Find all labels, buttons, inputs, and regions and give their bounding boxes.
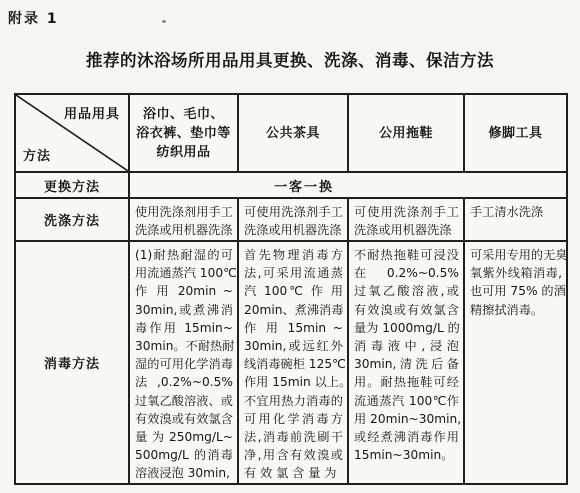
text-line: 净,用含有效溴或 xyxy=(244,446,343,464)
text-line: 可用化学消毒方 xyxy=(244,410,343,428)
text-line: 作 用 20min ~ xyxy=(135,282,233,300)
text-line: 可使用洗涤剂手工 xyxy=(354,203,459,221)
text-line: 消毒液中,浸泡 xyxy=(354,337,459,355)
text-line: 精擦拭消毒。 xyxy=(470,301,562,319)
text-line: 洗涤或用机器洗涤 xyxy=(135,221,233,239)
text-line: 洗涤或用机器洗涤 xyxy=(244,221,343,239)
text-line: 也可用 75% 的酒 xyxy=(470,282,562,300)
cell-disinfect-teaware: 首先物理消毒方法,可采用流通蒸汽 100℃ 作 用20min、煮沸消毒作 用 1… xyxy=(239,242,349,485)
text-line: 不宜用热力消毒的 xyxy=(244,392,343,410)
text-line: 用。耐热拖鞋可经 xyxy=(354,373,459,391)
row-label-wash-method: 洗涤方法 xyxy=(16,199,130,242)
scanned-document-page: 附录 1 推荐的沐浴场所用品用具更换、洗涤、消毒、保洁方法 用品用具 方法 浴巾… xyxy=(0,0,580,493)
text-line: 30min,清洗后备 xyxy=(354,355,459,373)
cell-wash-teaware: 可使用洗涤剂手工洗涤或用机器洗涤 xyxy=(239,199,349,242)
appendix-label: 附录 1 xyxy=(8,8,59,28)
row-label-replace-method: 更换方法 xyxy=(16,173,130,199)
text-line: 公共茶具 xyxy=(266,124,320,143)
cell-disinfect-slippers: 不耐热拖鞋可浸没在 0.2%~0.5%过氧乙酸溶液,或有效溴或有效氯含量为 10… xyxy=(349,242,465,485)
text-line: 在 0.2%~0.5% xyxy=(354,264,459,282)
text-line: 有效溴或有效氯含 xyxy=(135,410,233,428)
text-line: 20min、煮沸消毒 xyxy=(244,301,343,319)
text-line: 汽 100℃ 作 用 xyxy=(244,282,343,300)
replace-merged-value: 一客一换 xyxy=(274,176,334,195)
cell-wash-pedicure-tools: 手工清水洗涤 xyxy=(465,199,568,242)
text-line: 15min~30min。 xyxy=(354,446,459,464)
text-line: 首先物理消毒方 xyxy=(244,246,343,264)
text-line: 氧紫外线箱消毒, xyxy=(470,264,562,282)
cell-disinfect-textiles: (1)耐热耐湿的可用流通蒸汽 100℃作 用 20min ~30min,或煮沸消… xyxy=(130,242,239,485)
text-line: 使用洗涤剂用手工 xyxy=(135,203,233,221)
cell-wash-slippers: 可使用洗涤剂手工洗涤或用机器洗涤 xyxy=(349,199,465,242)
text-line: 可采用专用的无臭 xyxy=(470,246,562,264)
header-cell-slippers: 公用拖鞋 xyxy=(349,95,465,173)
text-line: 法,0.2%~0.5% xyxy=(135,373,233,391)
text-line: 不耐热拖鞋可浸没 xyxy=(354,246,459,264)
text-line: 30min,或煮沸消 xyxy=(135,301,233,319)
corner-label-method: 方法 xyxy=(23,145,51,164)
text-line: 法,消毒前洗刷干 xyxy=(244,428,343,446)
text-line: 有效溴或有效氯含 xyxy=(354,301,459,319)
header-cell-textiles: 浴巾、毛巾、浴衣裤、垫巾等纺织用品 xyxy=(130,95,239,173)
page-bottom-margin xyxy=(0,485,580,493)
header-cell-teaware: 公共茶具 xyxy=(239,95,349,173)
text-line: 溶液浸泡 30min, xyxy=(135,464,233,482)
text-line: 修脚工具 xyxy=(488,124,542,143)
text-line: 作用 15min 以上。 xyxy=(244,373,343,391)
cell-wash-textiles: 使用洗涤剂用手工洗涤或用机器洗涤 xyxy=(130,199,239,242)
cell-disinfect-pedicure-tools: 可采用专用的无臭氧紫外线箱消毒,也可用 75% 的酒精擦拭消毒。 xyxy=(465,242,568,485)
text-line: 30min。不耐热耐 xyxy=(135,337,233,355)
text-line: 手工清水洗涤 xyxy=(470,203,562,221)
header-cell-pedicure-tools: 修脚工具 xyxy=(465,95,568,173)
text-line: 毒作用 15min~ xyxy=(135,319,233,337)
text-line: 湿的可用化学消毒 xyxy=(135,355,233,373)
row-label-disinfect-method: 消毒方法 xyxy=(16,242,130,485)
text-line: 或经煮沸消毒作用 xyxy=(354,428,459,446)
methods-table: 用品用具 方法 浴巾、毛巾、浴衣裤、垫巾等纺织用品 公共茶具 公用拖鞋 修脚工具… xyxy=(14,93,568,485)
cell-replace-merged: 一客一换 xyxy=(130,173,568,199)
text-line: 可使用洗涤剂手工 xyxy=(244,203,343,221)
corner-header-cell: 用品用具 方法 xyxy=(16,95,130,173)
text-line: 量 为 250mg/L~ xyxy=(135,428,233,446)
text-line: 用 20min~30min, xyxy=(354,410,459,428)
text-line: 浴衣裤、垫巾等 xyxy=(136,124,231,143)
text-line: 纺织用品 xyxy=(156,143,210,162)
page-title: 推荐的沐浴场所用品用具更换、洗涤、消毒、保洁方法 xyxy=(0,47,580,71)
text-line: 线消毒碗柜 125℃ xyxy=(244,355,343,373)
text-line: 用流通蒸汽 100℃ xyxy=(135,264,233,282)
text-line: 作 用 15min ~ xyxy=(244,319,343,337)
text-line: 过氧乙酸溶液、或 xyxy=(135,392,233,410)
text-line: (1)耐热耐湿的可 xyxy=(135,246,233,264)
text-line: 量为 1000mg/L 的 xyxy=(354,319,459,337)
text-line: 浴巾、毛巾、 xyxy=(143,105,224,124)
text-line: 公用拖鞋 xyxy=(379,124,433,143)
text-line: 过氧乙酸溶液,或 xyxy=(354,282,459,300)
text-line: 30min,或远红外 xyxy=(244,337,343,355)
text-line: 洗涤或用机器洗涤 xyxy=(354,221,459,239)
corner-label-items: 用品用具 xyxy=(64,103,120,122)
text-line: 流通蒸汽 100℃作 xyxy=(354,392,459,410)
text-line: 法,可采用流通蒸 xyxy=(244,264,343,282)
text-line: 有 效 氯 含 量 为 xyxy=(244,464,343,482)
text-line: 500mg/L 的消毒 xyxy=(135,446,233,464)
scan-artifact-dot xyxy=(162,20,166,23)
